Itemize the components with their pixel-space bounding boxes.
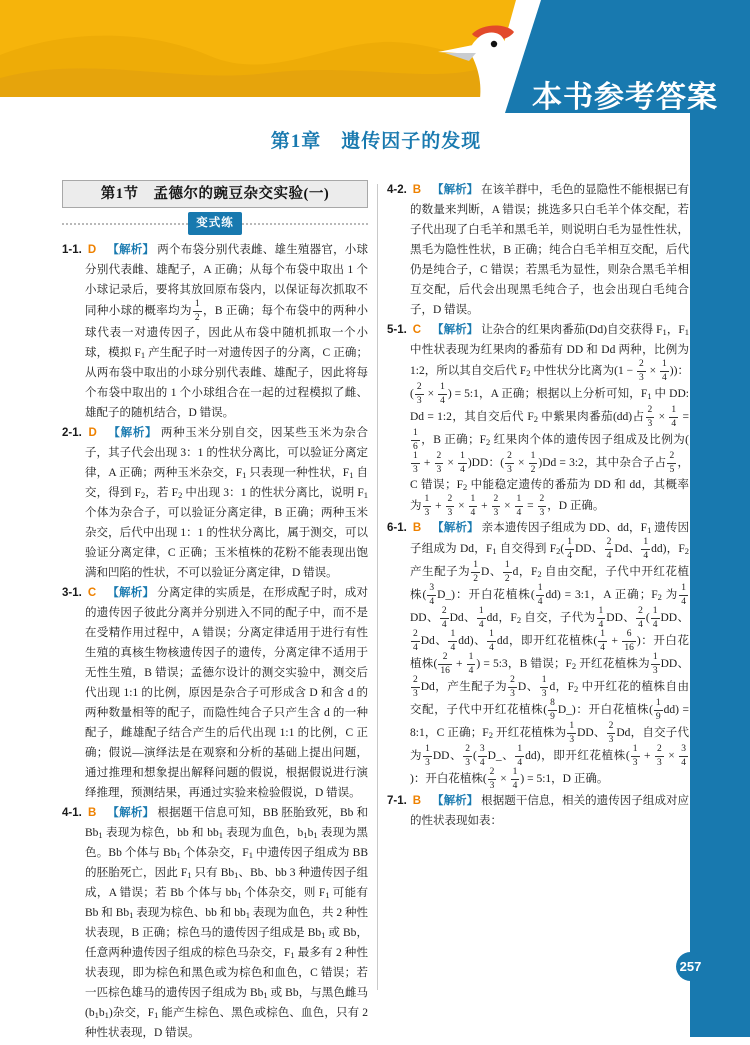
question-number: 5-1.: [387, 324, 407, 336]
book-page: 本书参考答案 第1章 遗传因子的发现 第1节 孟德尔的豌豆杂交实验(一) 变式练…: [0, 0, 750, 1045]
answer-item-3-1: 3-1. C 【解析】 分离定律的实质是，在形成配子时，成对的遗传因子彼此分离并…: [62, 583, 368, 803]
question-number: 2-1.: [62, 427, 82, 439]
dotted-line: [62, 223, 188, 225]
answer-item-4-1: 4-1. B 【解析】 根据题干信息可知，BB 胚胎致死，Bb 和 Bb1 表现…: [62, 803, 368, 1043]
answer-item-2-1: 2-1. D 【解析】 两种玉米分别自交，因某些玉米为杂合子，其子代会出现 3：…: [62, 423, 368, 583]
answer-letter: B: [413, 795, 421, 807]
analysis-text: 根据题干信息可知，BB 胚胎致死，Bb 和 Bb1 表现为棕色，bb 和 bb1…: [85, 807, 368, 1039]
analysis-label: 【解析】: [107, 807, 154, 819]
right-column: 4-2. B 【解析】 在该羊群中，毛色的显隐性不能根据已有的数量来判断，A 错…: [387, 180, 689, 831]
question-number: 1-1.: [62, 244, 82, 256]
answer-letter: C: [88, 587, 96, 599]
analysis-label: 【解析】: [107, 244, 154, 256]
analysis-label: 【解析】: [432, 184, 478, 196]
answer-item-6-1: 6-1. B 【解析】 亲本遗传因子组成为 DD、dd，F1 遗传因子组成为 D…: [387, 518, 689, 791]
analysis-label: 【解析】: [432, 324, 478, 336]
analysis-text: 在该羊群中，毛色的显隐性不能根据已有的数量来判断，A 错误；挑选多只白毛羊个体交…: [410, 184, 689, 316]
answer-item-1-1: 1-1. D 【解析】 两个布袋分别代表雌、雄生殖器官，小球分别代表雌、雄配子，…: [62, 240, 368, 423]
question-number: 6-1.: [387, 522, 407, 534]
left-column: 第1节 孟德尔的豌豆杂交实验(一) 变式练 1-1. D 【解析】 两个布袋分别…: [62, 180, 368, 1043]
analysis-text: 两种玉米分别自交，因某些玉米为杂合子，其子代会出现 3：1 的性状分离比，可以验…: [85, 427, 368, 579]
column-divider: [377, 184, 378, 990]
analysis-label: 【解析】: [432, 522, 478, 534]
answer-item-5-1: 5-1. C 【解析】 让杂合的红果肉番茄(Dd)自交获得 F1，F1 中性状表…: [387, 320, 689, 518]
section-title: 第1节 孟德尔的豌豆杂交实验(一): [62, 180, 368, 208]
question-number: 4-1.: [62, 807, 82, 819]
analysis-label: 【解析】: [108, 427, 157, 439]
question-number: 4-2.: [387, 184, 407, 196]
answer-letter: C: [413, 324, 421, 336]
practice-separator: 变式练: [62, 215, 368, 232]
question-number: 7-1.: [387, 795, 407, 807]
analysis-label: 【解析】: [107, 587, 154, 599]
analysis-text: 两个布袋分别代表雌、雄生殖器官，小球分别代表雌、雄配子，A 正确；从每个布袋中取…: [85, 244, 368, 419]
chapter-title: 第1章 遗传因子的发现: [62, 126, 690, 153]
page-number-badge: 257: [676, 952, 705, 981]
answer-letter: B: [88, 807, 96, 819]
answer-letter: D: [88, 244, 96, 256]
banner-title: 本书参考答案: [505, 72, 745, 116]
answer-letter: B: [413, 522, 421, 534]
analysis-label: 【解析】: [432, 795, 478, 807]
analysis-text: 分离定律的实质是，在形成配子时，成对的遗传因子彼此分离并分别进入不同的配子中，而…: [85, 587, 368, 799]
practice-badge: 变式练: [188, 212, 242, 235]
answer-item-4-2: 4-2. B 【解析】 在该羊群中，毛色的显隐性不能根据已有的数量来判断，A 错…: [387, 180, 689, 320]
answer-item-7-1: 7-1. B 【解析】 根据题干信息，相关的遗传因子组成对应的性状表现如表：: [387, 791, 689, 831]
analysis-text: 亲本遗传因子组成为 DD、dd，F1 遗传因子组成为 Dd，F1 自交得到 F2…: [410, 522, 689, 785]
page-edge-band: [690, 108, 750, 1037]
analysis-text: 让杂合的红果肉番茄(Dd)自交获得 F1，F1 中性状表现为红果肉的番茄有 DD…: [410, 324, 689, 512]
question-number: 3-1.: [62, 587, 82, 599]
answer-letter: B: [413, 184, 421, 196]
dotted-line: [242, 223, 368, 225]
answer-letter: D: [88, 427, 96, 439]
